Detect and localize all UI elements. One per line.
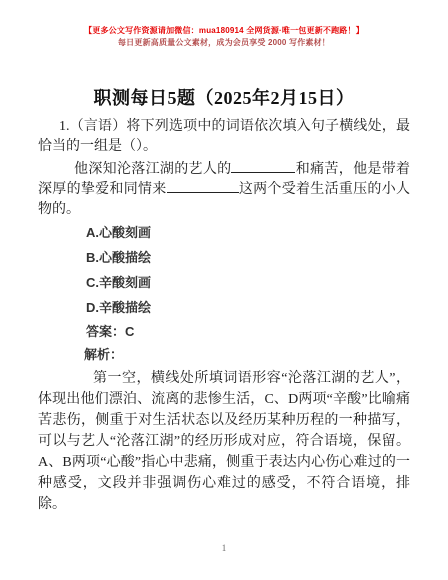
question-block: 1.（言语）将下列选项中的词语依次填入句子横线处，最恰当的一组是（）。 他深知沦…: [0, 117, 448, 515]
question-passage: 他深知沦落江湖的艺人的和痛苦，他是带着深厚的挚爱和同情来这两个受着生活重压的小人…: [38, 160, 410, 220]
option-d: D.辛酸描绘: [38, 295, 410, 320]
document-title: 职测每日5题（2025年2月15日）: [0, 86, 448, 110]
page-number: 1: [0, 543, 448, 553]
option-c: C.辛酸刻画: [38, 270, 410, 295]
fill-in-blank-2: [167, 190, 239, 193]
analysis-label: 解析：: [38, 343, 410, 367]
fill-in-blank-1: [231, 170, 295, 173]
promo-notice: 【更多公文写作资源请加微信：mua180914 全网货源·唯一包更新不跑路！】 …: [0, 0, 448, 49]
options-list: A.心酸刻画 B.心酸描绘 C.辛酸刻画 D.辛酸描绘: [38, 220, 410, 320]
question-stem: 1.（言语）将下列选项中的词语依次填入句子横线处，最恰当的一组是（）。: [38, 117, 410, 157]
promo-notice-line-1: 【更多公文写作资源请加微信：mua180914 全网货源·唯一包更新不跑路！】: [0, 25, 448, 37]
answer-line: 答案：C: [38, 320, 410, 343]
option-b: B.心酸描绘: [38, 245, 410, 270]
option-a: A.心酸刻画: [38, 220, 410, 245]
analysis-text: 第一空，横线处所填词语形容“沦落江湖的艺人”，体现出他们漂泊、流离的悲惨生活，C…: [38, 368, 410, 515]
promo-notice-line-2: 每日更新高质量公文素材，成为会员享受 2000 写作素材！: [0, 37, 448, 49]
passage-segment-1: 他深知沦落江湖的艺人的: [74, 162, 231, 177]
document-page: 【更多公文写作资源请加微信：mua180914 全网货源·唯一包更新不跑路！】 …: [0, 0, 448, 580]
